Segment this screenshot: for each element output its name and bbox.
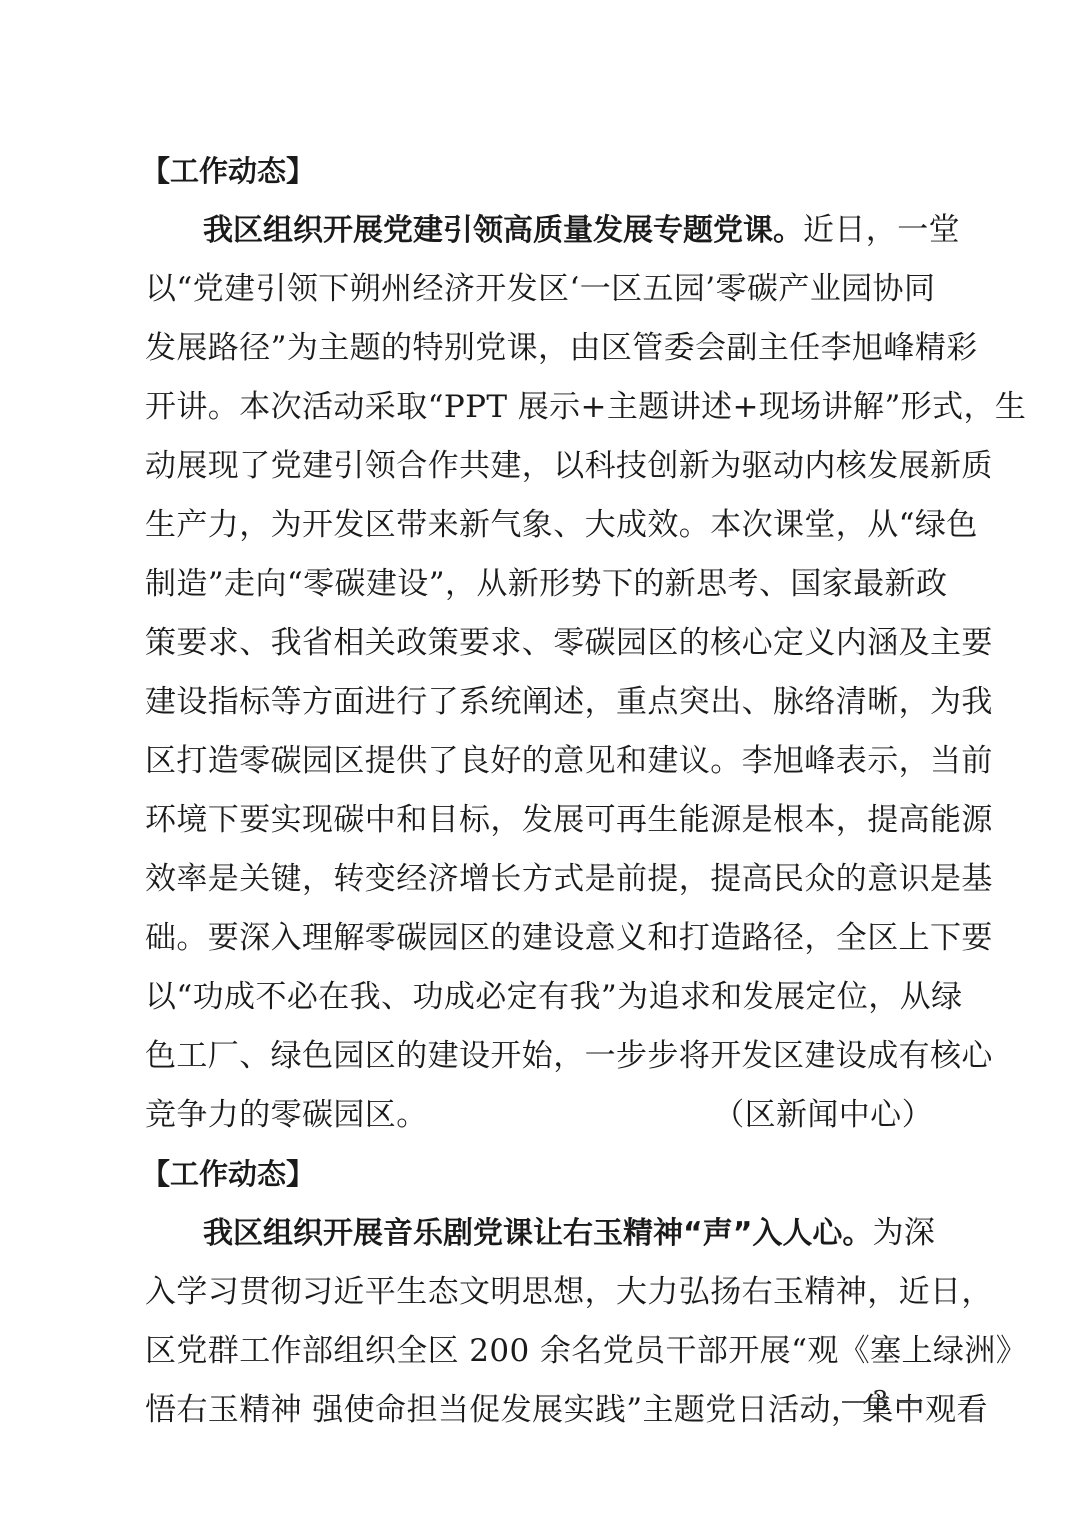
dash-decoration <box>897 1401 921 1403</box>
paragraph-line: 发展路径”为主题的特别党课，由区管委会副主任李旭峰精彩 <box>145 319 933 378</box>
paragraph-line: 区党群工作部组织全区 200 余名党员干部开展“观《塞上绿洲》 <box>145 1322 933 1381</box>
text-fragment: 近日，一堂 <box>803 212 960 248</box>
page-number-value: 3 <box>872 1386 891 1416</box>
paragraph-line: 建设指标等方面进行了系统阐述，重点突出、脉络清晰，为我 <box>145 673 933 732</box>
paragraph-line: 制造”走向“零碳建设”，从新形势下的新思考、国家最新政 <box>145 555 933 614</box>
paragraph-line: 以“功成不必在我、功成必定有我”为追求和发展定位，从绿 <box>145 968 933 1027</box>
paragraph-line: 环境下要实现碳中和目标，发展可再生能源是根本，提高能源 <box>145 791 933 850</box>
paragraph-line: 开讲。本次活动采取“PPT 展示+主题讲述+现场讲解”形式，生 <box>145 378 933 437</box>
article-headline: 我区组织开展党建引领高质量发展专题党课。 <box>203 213 803 248</box>
section-title: 【工作动态】 <box>141 142 933 201</box>
paragraph-line: 悟右玉精神 强使命担当促发展实践”主题党日活动，集中观看 <box>145 1381 933 1440</box>
paragraph-first-line: 我区组织开展党建引领高质量发展专题党课。近日，一堂 <box>145 201 933 260</box>
paragraph-line: 础。要深入理解零碳园区的建设意义和打造路径，全区上下要 <box>145 909 933 968</box>
paragraph-line: 以“党建引领下朔州经济开发区‘一区五园’零碳产业园协同 <box>145 260 933 319</box>
paragraph-line: 生产力，为开发区带来新气象、大成效。本次课堂，从“绿色 <box>145 496 933 555</box>
paragraph-line: 策要求、我省相关政策要求、零碳园区的核心定义内涵及主要 <box>145 614 933 673</box>
paragraph-line: 效率是关键，转变经济增长方式是前提，提高民众的意识是基 <box>145 850 933 909</box>
paragraph-line: 动展现了党建引领合作共建，以科技创新为驱动内核发展新质 <box>145 437 933 496</box>
article-headline: 我区组织开展音乐剧党课让右玉精神“声”入人心。 <box>203 1216 872 1251</box>
paragraph-line: 色工厂、绿色园区的建设开始，一步步将开发区建设成有核心 <box>145 1027 933 1086</box>
paragraph-line: 入学习贯彻习近平生态文明思想，大力弘扬右玉精神，近日， <box>145 1263 933 1322</box>
paragraph-last-line: 竞争力的零碳园区。 （区新闻中心） <box>145 1086 933 1145</box>
news-source: （区新闻中心） <box>713 1086 933 1145</box>
section-title: 【工作动态】 <box>141 1145 933 1204</box>
page-number: 3 <box>836 1386 927 1416</box>
paragraph-line: 区打造零碳园区提供了良好的意见和建议。李旭峰表示，当前 <box>145 732 933 791</box>
document-page: 【工作动态】 我区组织开展党建引领高质量发展专题党课。近日，一堂 以“党建引领下… <box>145 142 933 1440</box>
text-fragment: 为深 <box>872 1215 935 1251</box>
paragraph-end-text: 竞争力的零碳园区。 <box>145 1086 428 1145</box>
dash-decoration <box>842 1401 866 1403</box>
paragraph-first-line: 我区组织开展音乐剧党课让右玉精神“声”入人心。为深 <box>145 1204 933 1263</box>
